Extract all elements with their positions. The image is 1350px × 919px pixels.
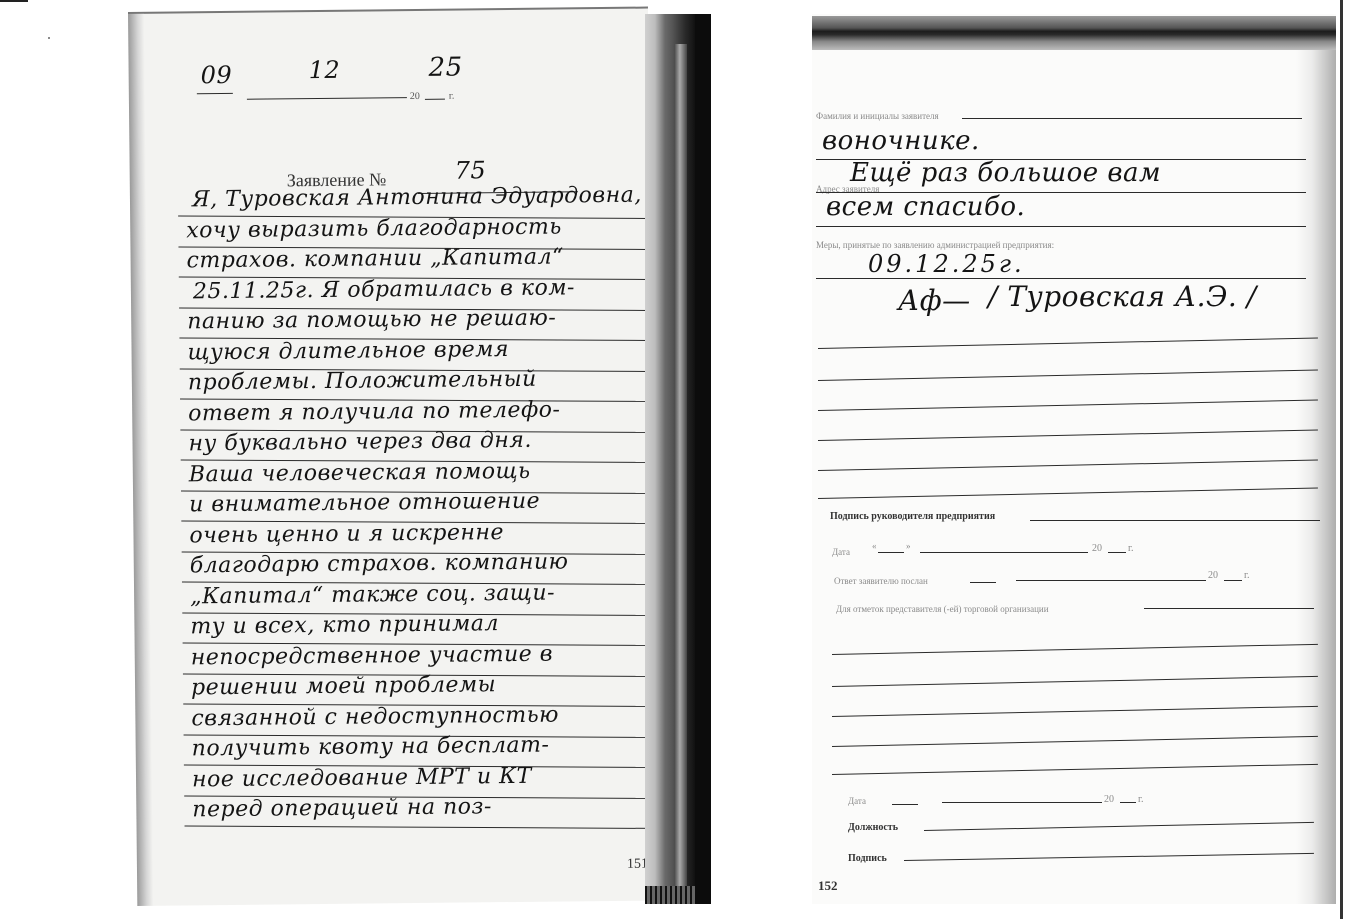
year-suffix-2: г.	[1138, 794, 1143, 805]
ruled-line	[818, 400, 1318, 412]
ruled-line	[818, 488, 1318, 500]
pencil-object	[675, 44, 687, 894]
signature-label: Подпись	[848, 853, 887, 864]
letter-line: „Капитал“ также соц. защи-	[190, 580, 555, 609]
date-label-2: Дата	[848, 796, 866, 806]
letter-line: страхов. компании „Капитал“	[186, 244, 563, 273]
date-year-line	[425, 99, 445, 101]
ruled-line	[818, 460, 1318, 472]
date-month-line	[247, 97, 407, 100]
reply-label: Ответ заявителю послан	[834, 576, 928, 586]
quote-close: »	[906, 541, 911, 551]
signature-line	[904, 853, 1314, 861]
handwritten-line-3: всем спасибо.	[826, 192, 1025, 222]
letter-line: ну буквально через два дня.	[188, 428, 532, 457]
book-binding	[645, 14, 695, 904]
letter-line: Ваша человеческая помощь	[189, 458, 531, 487]
reply-year-suffix: г.	[1244, 570, 1249, 581]
date-month: 12	[308, 56, 340, 84]
letter-line: перед операцией на поз-	[192, 794, 492, 822]
date-year-prefix: 20	[410, 91, 420, 102]
field-measures-label: Меры, принятые по заявлению администраци…	[816, 240, 1054, 250]
letter-line: хочу выразить благодарность	[186, 214, 562, 243]
application-number: 75	[455, 156, 487, 184]
reply-month-line	[1016, 580, 1206, 581]
head-signature-label: Подпись руководителя предприятия	[830, 511, 995, 522]
ruled-line	[832, 706, 1318, 717]
reply-year-line	[1224, 580, 1242, 581]
scan-border	[1340, 0, 1343, 919]
letter-line: панию за помощью не решаю-	[187, 306, 556, 335]
letter-line: Я, Туровская Антонина Эдуардовна,	[192, 183, 642, 213]
ruled-line	[832, 736, 1318, 747]
letter-line: решении моей проблемы	[191, 672, 496, 700]
gutter-shadow	[695, 14, 711, 904]
ruled-line	[832, 644, 1318, 655]
date-day-line	[197, 93, 233, 95]
scan-speck	[48, 37, 50, 39]
page-shadow	[128, 14, 153, 906]
day-line-2	[892, 804, 918, 805]
letter-body: Я, Туровская Антонина Эдуардовна,хочу вы…	[128, 9, 648, 14]
ruled-line	[832, 676, 1318, 687]
year-suffix: г.	[1128, 543, 1133, 554]
letter-line: ответ я получила по телефо-	[188, 397, 560, 426]
month-line-2	[942, 802, 1102, 803]
handwritten-line-2: Ещё раз большое вам	[850, 158, 1161, 188]
ruled-line	[832, 764, 1318, 775]
position-label: Должность	[848, 822, 898, 833]
letter-line: проблемы. Положительный	[188, 367, 537, 396]
quote-open: «	[872, 541, 877, 551]
month-line	[920, 552, 1088, 553]
date-year: 25	[428, 52, 462, 82]
date-label: Дата	[832, 547, 850, 557]
letter-line: ту и всех, кто принимал	[190, 611, 499, 639]
year-prefix-2: 20	[1104, 794, 1114, 805]
rep-notes-line	[1144, 608, 1314, 609]
date-day: 09	[201, 61, 233, 89]
head-signature-line	[1030, 520, 1320, 521]
binding-edge	[645, 886, 695, 904]
year-prefix: 20	[1092, 543, 1102, 554]
letter-line: очень ценно и я искренне	[189, 520, 504, 548]
letter-line: и внимательное отношение	[189, 489, 540, 518]
page-top-shadow	[812, 16, 1336, 50]
name-line	[962, 118, 1302, 119]
letter-line: получить квоту на бесплат-	[192, 733, 550, 762]
ruled-line	[185, 825, 655, 829]
letter-line: 25.11.25г. Я обратилась в ком-	[193, 275, 575, 304]
position-line	[924, 822, 1314, 831]
signed-date: 09.12.25г.	[868, 250, 1025, 278]
reply-year-prefix: 20	[1208, 570, 1218, 581]
day-line	[878, 552, 904, 553]
signature-mark: Аф—	[898, 284, 971, 317]
rep-notes-label: Для отметок представителя (-ей) торговой…	[836, 604, 1049, 614]
ruled-line	[818, 338, 1318, 350]
page-edge-shadow	[1296, 50, 1336, 904]
ruled-line	[816, 226, 1306, 227]
year-line	[1108, 552, 1126, 553]
letter-line: непосредственное участие в	[191, 641, 554, 670]
letter-line: ное исследование МРТ и КТ	[192, 763, 532, 792]
ruled-line	[818, 370, 1318, 382]
handwritten-line-1: воночнике.	[822, 126, 980, 156]
right-page: Фамилия и инициалы заявителя воночнике. …	[812, 14, 1336, 904]
ruled-line	[818, 430, 1318, 442]
letter-line: связанной с недоступностью	[191, 702, 559, 731]
page-number: 152	[818, 878, 838, 894]
left-page: 09 12 20 25 г. Заявление № 75 Я, Туровск…	[128, 7, 657, 906]
letter-line: благодарю страхов. компанию	[190, 549, 569, 578]
field-name-label: Фамилия и инициалы заявителя	[816, 111, 939, 121]
applicant-signature: / Туровская А.Э. /	[988, 280, 1257, 313]
letter-line: щуюся длительное время	[187, 337, 509, 365]
year-line-2	[1120, 802, 1136, 803]
reply-day-line	[970, 582, 996, 583]
date-year-suffix: г.	[449, 91, 455, 102]
scan-artifact	[0, 0, 28, 2]
